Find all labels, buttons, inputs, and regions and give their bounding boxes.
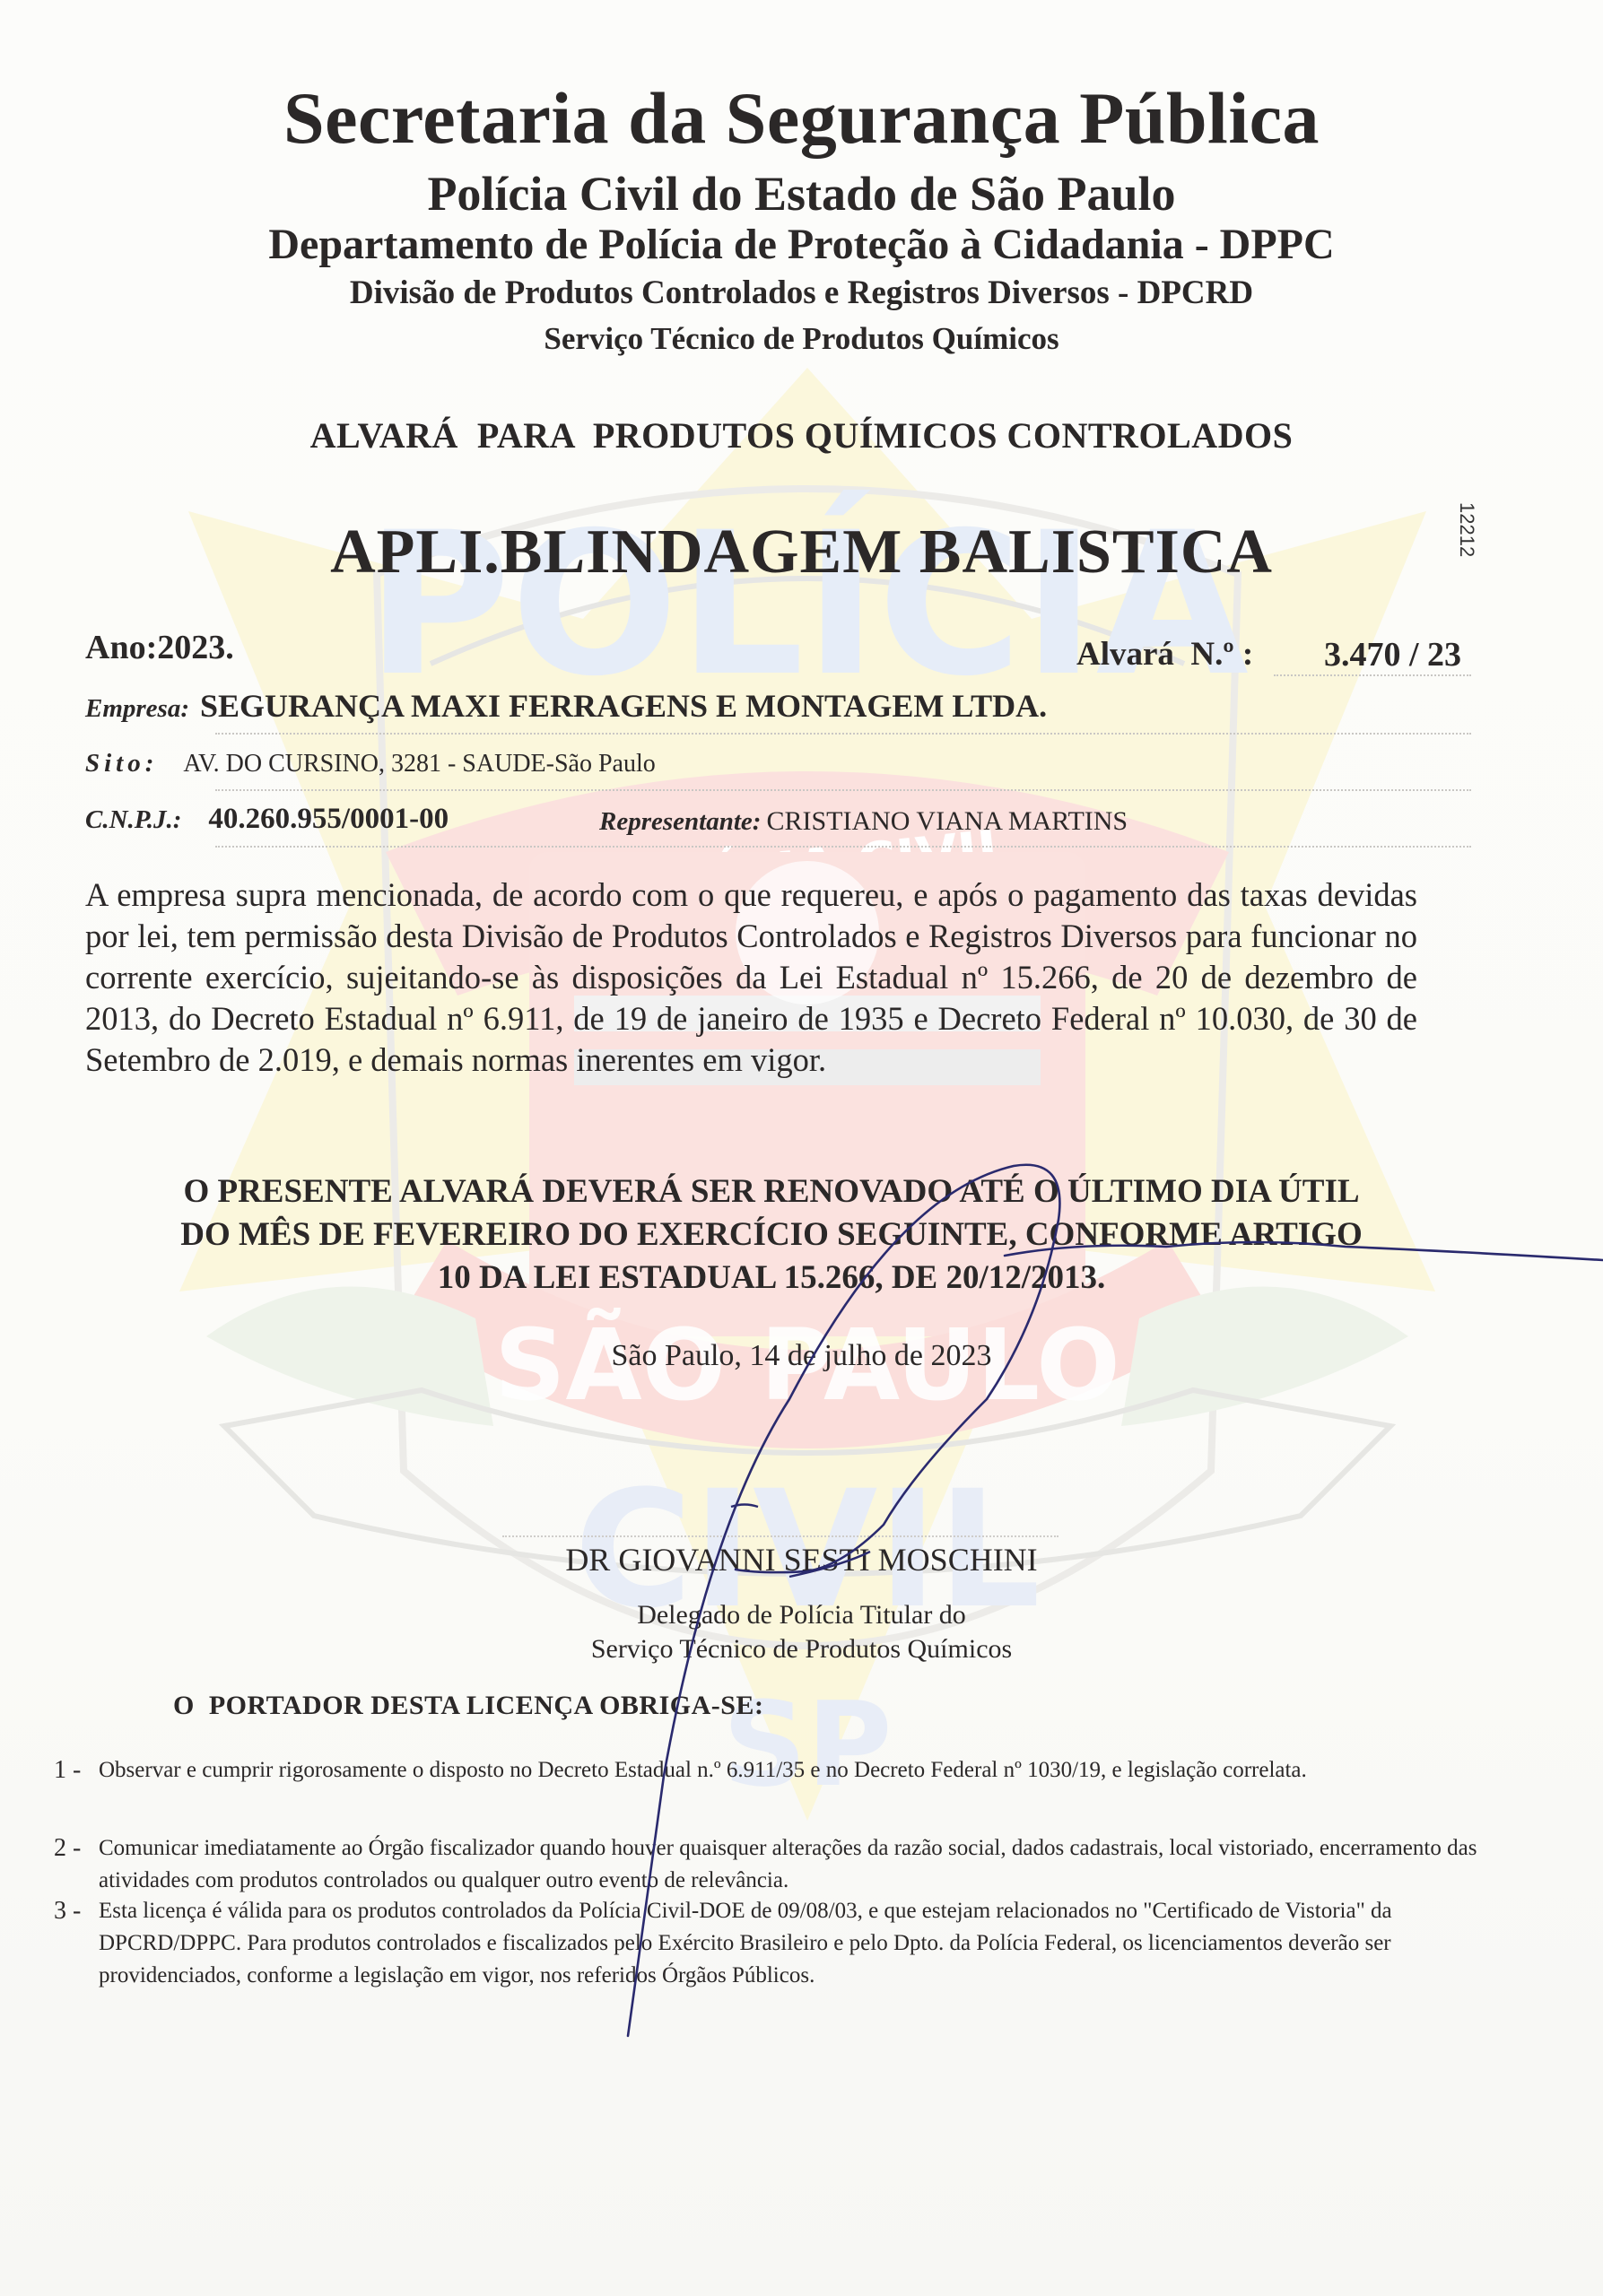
cnpj-field: C.N.P.J.:40.260.955/0001-00 bbox=[85, 803, 449, 836]
cnpj-label: C.N.P.J.: bbox=[85, 805, 181, 834]
signer-name: DR GIOVANNI SESTI MOSCHINI bbox=[0, 1541, 1603, 1578]
header-policia-civil: Polícia Civil do Estado de São Paulo bbox=[0, 166, 1603, 222]
representative-field: Representante:CRISTIANO VIANA MARTINS bbox=[599, 806, 1128, 837]
header-servico: Serviço Técnico de Produtos Químicos bbox=[0, 321, 1603, 357]
signature-line bbox=[502, 1535, 1059, 1537]
site-value: AV. DO CURSINO, 3281 - SAUDE-São Paulo bbox=[183, 750, 655, 778]
place-and-date: São Paulo, 14 de julho de 2023 bbox=[0, 1339, 1603, 1373]
renewal-notice-line-2: DO MÊS DE FEVEREIRO DO EXERCÍCIO SEGUINT… bbox=[72, 1213, 1471, 1257]
obligation-text: Observar e cumprir rigorosamente o dispo… bbox=[99, 1754, 1498, 1787]
alvara-dotted-line bbox=[1274, 674, 1471, 676]
year-field: Ano:2023. bbox=[85, 628, 234, 667]
company-label: Empresa: bbox=[85, 694, 189, 723]
licensed-activity: APLI.BLINDAGEM BALISTICA bbox=[0, 517, 1603, 588]
obligation-text: Esta licença é válida para os produtos c… bbox=[99, 1895, 1498, 1992]
signer-role-line-2: Serviço Técnico de Produtos Químicos bbox=[0, 1634, 1603, 1665]
site-label: Sito: bbox=[85, 749, 158, 778]
obligation-number: 2 - bbox=[54, 1832, 81, 1865]
alvara-number-value: 3.470 / 23 bbox=[1324, 635, 1461, 674]
cnpj-value: 40.260.955/0001-00 bbox=[208, 803, 449, 835]
renewal-notice-line-1: O PRESENTE ALVARÁ DEVERÁ SER RENOVADO AT… bbox=[72, 1170, 1471, 1213]
company-field: Empresa:SEGURANÇA MAXI FERRAGENS E MONTA… bbox=[85, 687, 1047, 725]
cnpj-dotted-line bbox=[215, 846, 1471, 848]
company-dotted-line bbox=[215, 733, 1471, 735]
representative-label: Representante: bbox=[599, 807, 761, 836]
document-type-title: ALVARÁ PARA PRODUTOS QUÍMICOS CONTROLADO… bbox=[0, 414, 1603, 457]
side-control-number: 12212 bbox=[1455, 502, 1478, 557]
header-secretaria: Secretaria da Segurança Pública bbox=[0, 76, 1603, 161]
header-divisao: Divisão de Produtos Controlados e Regist… bbox=[0, 274, 1603, 312]
obligations-title: O PORTADOR DESTA LICENÇA OBRIGA-SE: bbox=[173, 1691, 763, 1721]
renewal-notice: O PRESENTE ALVARÁ DEVERÁ SER RENOVADO AT… bbox=[72, 1170, 1471, 1300]
year-value: 2023. bbox=[157, 629, 234, 666]
obligation-text: Comunicar imediatamente ao Órgão fiscali… bbox=[99, 1832, 1498, 1897]
header-departamento: Departamento de Polícia de Proteção à Ci… bbox=[0, 220, 1603, 269]
signer-role-line-1: Delegado de Polícia Titular do bbox=[0, 1600, 1603, 1631]
renewal-notice-line-3: 10 DA LEI ESTADUAL 15.266, DE 20/12/2013… bbox=[72, 1257, 1471, 1300]
authorization-paragraph: A empresa supra mencionada, de acordo co… bbox=[85, 874, 1417, 1081]
obligation-number: 1 - bbox=[54, 1754, 81, 1787]
company-value: SEGURANÇA MAXI FERRAGENS E MONTAGEM LTDA… bbox=[200, 688, 1047, 724]
site-dotted-line bbox=[215, 789, 1471, 791]
year-label: Ano: bbox=[85, 629, 157, 666]
site-field: Sito:AV. DO CURSINO, 3281 - SAUDE-São Pa… bbox=[85, 749, 656, 778]
obligation-number: 3 - bbox=[54, 1895, 81, 1927]
alvara-number-label: Alvará N.º : bbox=[1076, 635, 1253, 674]
representative-value: CRISTIANO VIANA MARTINS bbox=[766, 806, 1128, 836]
